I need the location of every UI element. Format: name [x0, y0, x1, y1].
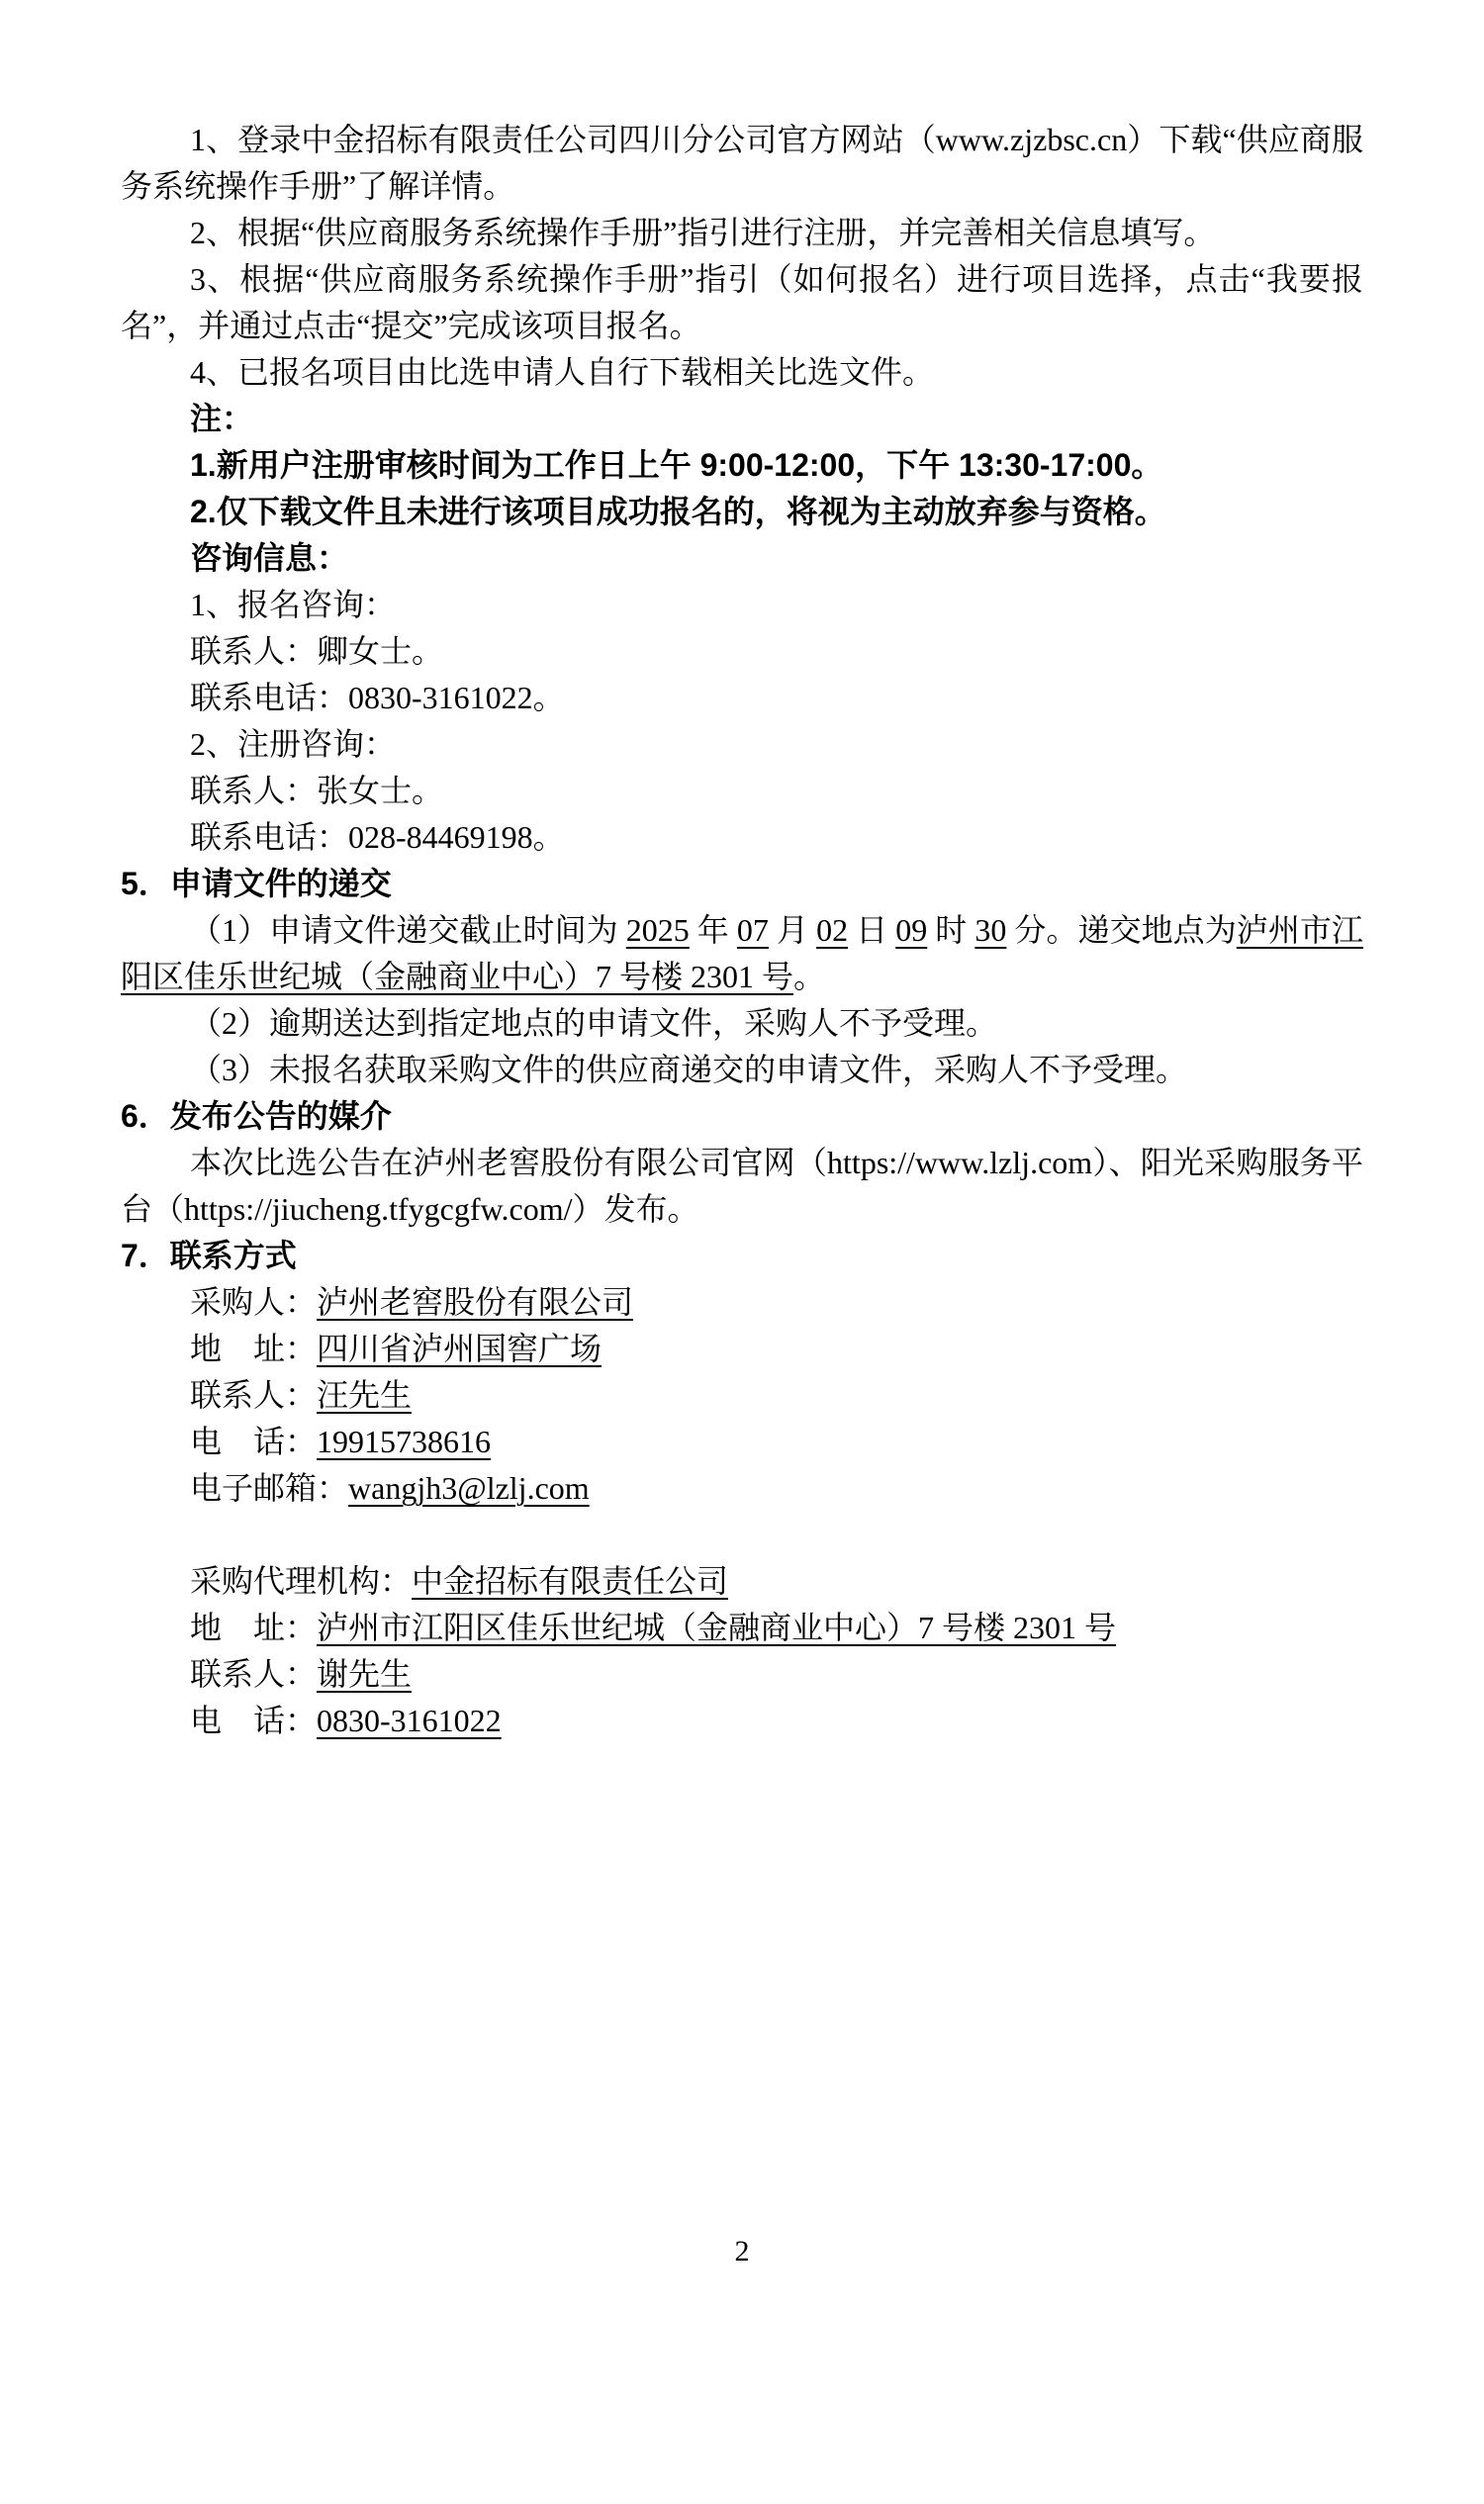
- purchaser-contact-label: 联系人：: [190, 1377, 317, 1413]
- deadline-hour: 09: [895, 912, 927, 948]
- purchaser-line: 采购人：泸州老窖股份有限公司: [121, 1279, 1363, 1326]
- consult-register-title: 2、注册咨询：: [121, 721, 1363, 768]
- para-deadline: （1）申请文件递交截止时间为 2025 年 07 月 02 日 09 时 30 …: [121, 907, 1363, 1000]
- consult-title: 咨询信息：: [121, 535, 1363, 582]
- agency-address-line: 地 址：泸州市江阳区佳乐世纪城（金融商业中心）7 号楼 2301 号: [121, 1605, 1363, 1651]
- consult-signup-phone: 联系电话：0830-3161022。: [121, 675, 1363, 721]
- agency-label: 采购代理机构：: [190, 1563, 412, 1599]
- agency-phone-label: 电 话：: [190, 1703, 317, 1738]
- deadline-sep-minute: 分。递交地点为: [1006, 912, 1236, 948]
- consult-signup-title: 1、报名咨询：: [121, 582, 1363, 628]
- deadline-month: 07: [737, 912, 769, 948]
- para-step-1: 1、登录中金招标有限责任公司四川分公司官方网站（www.zjzbsc.cn）下载…: [121, 117, 1363, 210]
- purchaser-name: 泸州老窖股份有限公司: [317, 1284, 633, 1320]
- agency-name: 中金招标有限责任公司: [412, 1563, 728, 1599]
- agency-contact-line: 联系人：谢先生: [121, 1651, 1363, 1698]
- section-6-heading: 6．发布公告的媒介: [121, 1093, 1363, 1140]
- section-5-heading: 5．申请文件的递交: [121, 861, 1363, 907]
- note-1: 1.新用户注册审核时间为工作日上午 9:00-12:00，下午 13:30-17…: [121, 442, 1363, 489]
- deadline-sep-month: 月: [769, 912, 816, 948]
- para-step-2: 2、根据“供应商服务系统操作手册”指引进行注册，并完善相关信息填写。: [121, 210, 1363, 256]
- agency-address: 泸州市江阳区佳乐世纪城（金融商业中心）7 号楼 2301 号: [317, 1610, 1116, 1645]
- purchaser-address-line: 地 址：四川省泸州国窖广场: [121, 1326, 1363, 1372]
- deadline-year: 2025: [626, 912, 690, 948]
- deadline-day: 02: [816, 912, 848, 948]
- purchaser-address: 四川省泸州国窖广场: [317, 1331, 602, 1366]
- para-step-4: 4、已报名项目由比选申请人自行下载相关比选文件。: [121, 349, 1363, 396]
- purchaser-address-label: 地 址：: [190, 1331, 317, 1366]
- note-title: 注：: [121, 396, 1363, 442]
- para-step-3: 3、根据“供应商服务系统操作手册”指引（如何报名）进行项目选择，点击“我要报名”…: [121, 256, 1363, 349]
- purchaser-phone: 19915738616: [317, 1424, 491, 1459]
- purchaser-email: wangjh3@lzlj.com: [348, 1470, 590, 1506]
- para-media: 本次比选公告在泸州老窖股份有限公司官网（https://www.lzlj.com…: [121, 1140, 1363, 1233]
- purchaser-phone-label: 电 话：: [190, 1424, 317, 1459]
- para-late-delivery: （2）逾期送达到指定地点的申请文件，采购人不予受理。: [121, 1000, 1363, 1047]
- deadline-sep-year: 年: [690, 912, 737, 948]
- blank-line: [121, 1512, 1363, 1558]
- deadline-sep-hour: 时: [927, 912, 974, 948]
- deadline-minute: 30: [974, 912, 1006, 948]
- purchaser-email-label: 电子邮箱：: [190, 1470, 348, 1506]
- agency-phone-line: 电 话：0830-3161022: [121, 1698, 1363, 1744]
- agency-contact-label: 联系人：: [190, 1656, 317, 1692]
- purchaser-contact-line: 联系人：汪先生: [121, 1372, 1363, 1419]
- agency-phone: 0830-3161022: [317, 1703, 502, 1738]
- consult-register-phone: 联系电话：028-84469198。: [121, 814, 1363, 861]
- para-unregistered: （3）未报名获取采购文件的供应商递交的申请文件，采购人不予受理。: [121, 1047, 1363, 1093]
- purchaser-email-line: 电子邮箱：wangjh3@lzlj.com: [121, 1465, 1363, 1512]
- purchaser-label: 采购人：: [190, 1284, 317, 1320]
- purchaser-contact: 汪先生: [317, 1377, 412, 1413]
- deadline-end: 。: [793, 959, 825, 994]
- agency-address-label: 地 址：: [190, 1610, 317, 1645]
- purchaser-phone-line: 电 话：19915738616: [121, 1419, 1363, 1465]
- section-7-heading: 7．联系方式: [121, 1233, 1363, 1279]
- agency-line: 采购代理机构：中金招标有限责任公司: [121, 1558, 1363, 1605]
- agency-contact: 谢先生: [317, 1656, 412, 1692]
- page-number: 2: [0, 2232, 1484, 2272]
- deadline-sep-day: 日: [848, 912, 895, 948]
- note-2: 2.仅下载文件且未进行该项目成功报名的，将视为主动放弃参与资格。: [121, 489, 1363, 535]
- deadline-text: （1）申请文件递交截止时间为: [190, 912, 626, 948]
- document-body: 1、登录中金招标有限责任公司四川分公司官方网站（www.zjzbsc.cn）下载…: [121, 117, 1363, 1744]
- consult-register-contact: 联系人：张女士。: [121, 768, 1363, 814]
- consult-signup-contact: 联系人：卿女士。: [121, 628, 1363, 675]
